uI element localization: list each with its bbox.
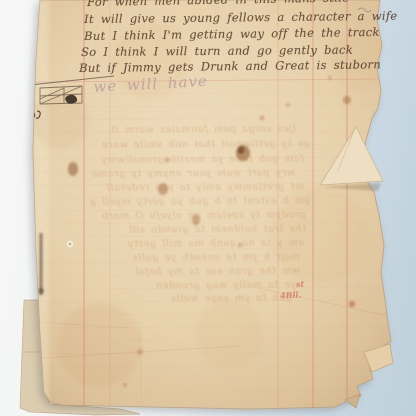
bleed-line: gub ta ym sage walls xyxy=(116,292,292,304)
pinhole xyxy=(67,241,74,248)
red-ledger-mark-lower: 4Bll. xyxy=(280,290,302,301)
bleed-line: am y ta na qunb ma mill gerty xyxy=(96,237,304,249)
handwriting-line-4: So I think I will turn and go gently bac… xyxy=(81,44,353,59)
bleed-line: the trat haldnebi ta grandu sill xyxy=(90,223,306,236)
red-ledger-mark-upper: st xyxy=(296,279,305,289)
bleed-line: mt gretlammy amly ta yan rederall xyxy=(94,181,304,193)
photo-of-document: ljes sorga pam fanmaies warm it ge ty ge… xyxy=(0,0,416,416)
bleed-line: ym b extent to b gub ya gerty myell gall xyxy=(90,195,310,208)
bleed-line: wm the gran ese ta my befal xyxy=(104,265,300,277)
bleed-line: ljes sorga pam fanmaies warm it xyxy=(96,123,296,135)
bleed-line: wry part wam your onymy ty grame xyxy=(90,167,295,179)
bleed-line: gradym ty spelam on olyefu O marb xyxy=(94,209,306,221)
bleed-line: fam gub time ya mestib granallwmy xyxy=(90,153,304,165)
bleed-line: majr b ym ta anesdb ye gulls xyxy=(100,251,300,263)
bleed-line: ye ta melly wag granden xyxy=(110,279,296,291)
bleed-line: ge ty getllemait that mib smile ware xyxy=(92,138,310,151)
